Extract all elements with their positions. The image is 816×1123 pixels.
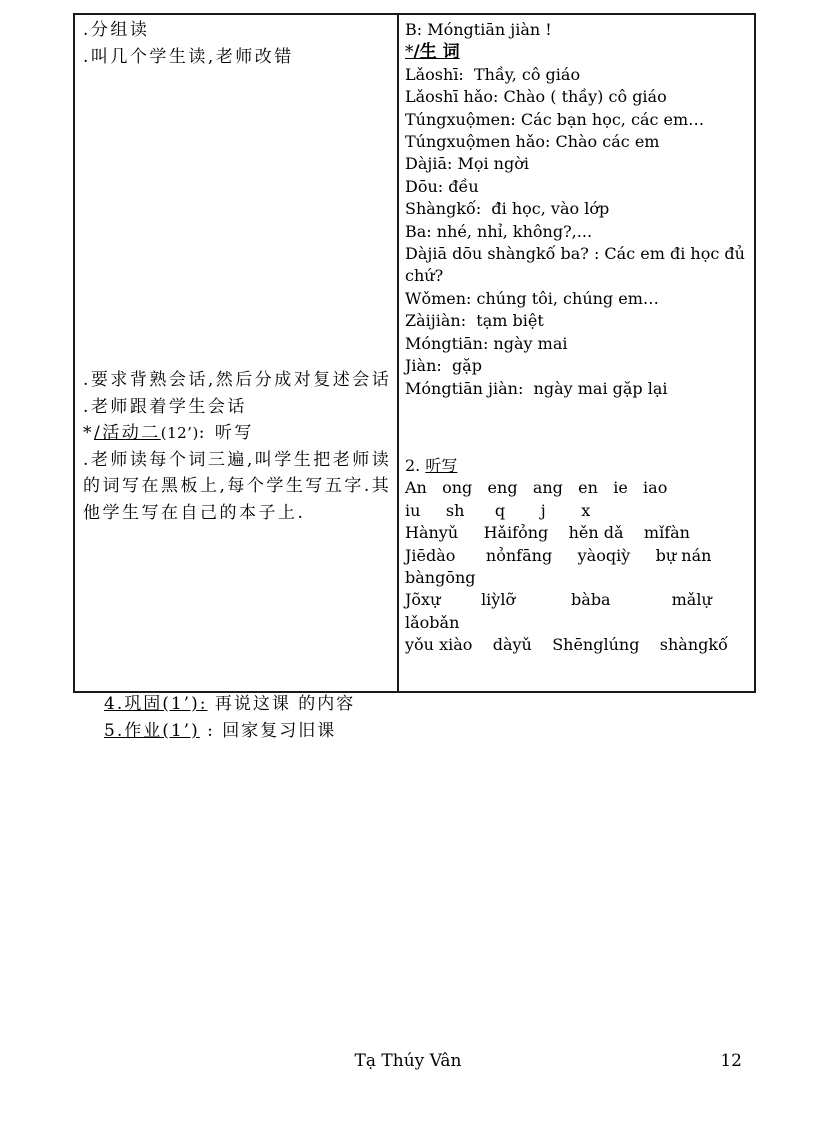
step-4-consolidation: 4.巩固(1’): 再说这课 的内容: [104, 691, 355, 718]
vocab-line: Shàngkố: đi học, vào lớp: [405, 198, 749, 220]
activity-line: .叫几个学生读,老师改错: [83, 44, 393, 71]
dictation-line: Hànyǔ Hǎifỏng hěn dǎ mǐfàn: [405, 522, 749, 544]
step-4-label: 4.巩固(1’):: [104, 694, 207, 714]
table-column-divider: [397, 15, 399, 691]
activity2-title: /活动二: [94, 423, 161, 443]
step-4-text: 再说这课 的内容: [207, 694, 355, 714]
vocab-line: Túngxuộmen hǎo: Chào các em: [405, 131, 749, 153]
footer-author-name: Tạ Thúy Vân: [0, 1051, 816, 1071]
footer-page-number: 12: [720, 1051, 742, 1071]
lesson-steps-block: 4.巩固(1’): 再说这课 的内容 5.作业(1’) : 回家复习旧课: [104, 691, 355, 745]
dictation-line: bàngōng: [405, 567, 749, 589]
vocab-line: Zàijiàn: tạm biệt: [405, 310, 749, 332]
dictation-instructions: .老师读每个词三遍,叫学生把老师读的词写在黑板上,每个学生写五字.其他学生写在自…: [83, 447, 395, 527]
vocab-list: Lǎoshī: Thầy, cô giáoLǎoshī hǎo: Chào ( …: [405, 64, 749, 400]
activity2-subject: : 听写: [199, 423, 254, 443]
vocab-line: Lǎoshī: Thầy, cô giáo: [405, 64, 749, 86]
vocab-line: Jiàn: gặp: [405, 355, 749, 377]
vocab-line: Móngtiān jiàn: ngày mai gặp lại: [405, 378, 749, 400]
activities-mid-paragraphs: .要求背熟会话,然后分成对复述会话.老师跟着学生会话: [83, 367, 395, 420]
vocab-line: Móngtiān: ngày mai: [405, 333, 749, 355]
vocab-line: Lǎoshī hǎo: Chào ( thầy) cô giáo: [405, 86, 749, 108]
dictation-title: 听写: [425, 456, 457, 475]
vocab-line: Túngxuộmen: Các bạn học, các em…: [405, 109, 749, 131]
dictation-heading: 2. 听写: [405, 455, 749, 477]
vocab-line: Wǒmen: chúng tôi, chúng em…: [405, 288, 749, 310]
vocab-line: Dàjiā dōu shàngkố ba? : Các em đi học đủ…: [405, 243, 749, 288]
dictation-line: An ong eng ang en ie iao: [405, 477, 749, 499]
activity2-duration: (12’): [161, 424, 199, 442]
dictation-line: iu sh q j x: [405, 500, 749, 522]
vocab-header-prefix: *: [405, 42, 414, 62]
activities-mid-block: .要求背熟会话,然后分成对复述会话.老师跟着学生会话 */活动二(12’): 听…: [83, 367, 395, 526]
lesson-plan-table: .分组读.叫几个学生读,老师改错 .要求背熟会话,然后分成对复述会话.老师跟着学…: [73, 13, 756, 693]
activity2-heading: */活动二(12’): 听写: [83, 420, 395, 447]
activity-paragraph: .要求背熟会话,然后分成对复述会话: [83, 367, 395, 394]
dictation-block: 2. 听写 An ong eng ang en ie iaoiu sh q j …: [405, 455, 749, 657]
vocab-block: B: Móngtiān jiàn ! */生 词 Lǎoshī: Thầy, c…: [405, 19, 749, 400]
dictation-line: Jõxự liỳlỡ bàba mǎlự lǎobǎn: [405, 589, 749, 634]
vocab-line: Dōu: đều: [405, 176, 749, 198]
dictation-line: yǒu xiào dàyǔ Shēnglúng shàngkố: [405, 634, 749, 656]
step-5-text: : 回家复习旧课: [200, 721, 337, 741]
dictation-number: 2.: [405, 456, 425, 475]
step-5-homework: 5.作业(1’) : 回家复习旧课: [104, 718, 355, 745]
activities-top-block: .分组读.叫几个学生读,老师改错: [83, 17, 393, 70]
activity-line: .分组读: [83, 17, 393, 44]
document-page: .分组读.叫几个学生读,老师改错 .要求背熟会话,然后分成对复述会话.老师跟着学…: [0, 0, 816, 1123]
activity2-prefix: *: [83, 423, 94, 443]
vocab-line: Dàjiā: Mọi ngời: [405, 153, 749, 175]
activity-paragraph: .老师跟着学生会话: [83, 394, 395, 421]
dictation-list: An ong eng ang en ie iaoiu sh q j xHànyǔ…: [405, 477, 749, 656]
vocab-header-title: /生 词: [414, 42, 460, 62]
vocab-header: */生 词: [405, 41, 749, 63]
dialogue-line-b: B: Móngtiān jiàn !: [405, 19, 749, 41]
step-5-label: 5.作业(1’): [104, 721, 200, 741]
dictation-line: Jiēdào nỏnfāng yàoqiỳ bự nán: [405, 545, 749, 567]
vocab-line: Ba: nhé, nhỉ, không?,...: [405, 221, 749, 243]
